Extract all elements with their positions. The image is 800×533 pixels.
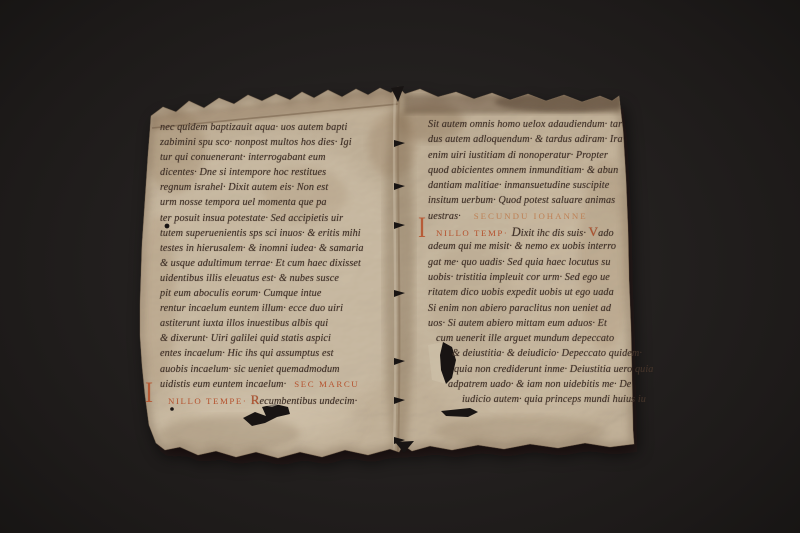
manuscript-text-line: testes in hierusalem· & inomni iudea· & …	[160, 241, 396, 256]
right-red-initial: I	[418, 213, 426, 243]
latin-text: zabimini spu sco· nonpost multos hos die…	[160, 137, 352, 148]
manuscript-text-line: iudicio autem· quia princeps mundi huius…	[428, 392, 626, 407]
manuscript-text-line: tur qui conuenerant· interrogabant eum	[160, 150, 396, 165]
manuscript-text-line: enim uiri iustitiam di nonoperatur· Prop…	[428, 148, 626, 163]
manuscript-text-line: dus autem adloquendum· & tardus adiram· …	[428, 132, 626, 147]
latin-text: uos· Si autem abiero mittam eum aduos· E…	[428, 318, 607, 329]
worm-hole	[170, 407, 174, 411]
latin-text: enim uiri iustitiam di nonoperatur· Prop…	[428, 150, 608, 161]
manuscript-text-line: tutem superuenientis sps sci inuos· & er…	[160, 226, 396, 241]
latin-text: urm nosse tempora uel momenta que pa	[160, 197, 327, 208]
latin-text: ado	[598, 228, 614, 239]
latin-text: tutem superuenientis sps sci inuos· & er…	[160, 228, 361, 239]
manuscript-text-line: ritatem dico uobis expedit uobis ut ego …	[428, 285, 626, 300]
manuscript-text-line: gat me· quo uadis· Sed quia haec locutus…	[428, 255, 626, 270]
latin-text: pit eum aboculis eorum· Cumque intue	[160, 288, 322, 299]
latin-text: & deiustitia· & deiudicio· Depeccato qui…	[452, 348, 642, 359]
manuscript-text-line: entes incaelum· Hic ihs qui assumptus es…	[160, 346, 396, 361]
latin-text: uestras·	[428, 211, 461, 222]
manuscript-text-line: uobis· tristitia impleuit cor urm· Sed e…	[428, 270, 626, 285]
manuscript-text-line: pit eum aboculis eorum· Cumque intue	[160, 286, 396, 301]
latin-text: adpatrem uado· & iam non uidebitis me· D…	[448, 379, 631, 390]
manuscript-text-line: adpatrem uado· & iam non uidebitis me· D…	[428, 377, 626, 392]
manuscript-text-line: insitum uerbum· Quod potest saluare anim…	[428, 193, 626, 208]
manuscript-text-line: Si enim non abiero paraclitus non ueniet…	[428, 301, 626, 316]
manuscript-text-line: & dixerunt· Uiri galilei quid statis asp…	[160, 331, 396, 346]
left-red-initial: I	[145, 378, 153, 408]
latin-text: testes in hierusalem· & inomni iudea· & …	[160, 243, 364, 254]
latin-text: entes incaelum· Hic ihs qui assumptus es…	[160, 348, 334, 359]
manuscript-text-line: dantiam malitiae· inmansuetudine suscipi…	[428, 178, 626, 193]
latin-text: & usque adultimum terrae· Et cum haec di…	[160, 258, 361, 269]
manuscript-text-line: uidentibus illis eleuatus est· & nubes s…	[160, 271, 396, 286]
latin-text: Si enim non abiero paraclitus non ueniet…	[428, 303, 611, 314]
manuscript-text-line: NILLO TEMP· Dixit ihc dis suis· Vado	[428, 224, 626, 239]
manuscript-text-line: dicentes· Dne si intempore hoc restitues	[160, 165, 396, 180]
manuscript-text-line: uos· Si autem abiero mittam eum aduos· E…	[428, 316, 626, 331]
latin-text: astiterunt iuxta illos inuestibus albis …	[160, 318, 328, 329]
latin-text: ecumbentibus undecim·	[260, 396, 358, 407]
latin-text: dantiam malitiae· inmansuetudine suscipi…	[428, 180, 609, 191]
manuscript-text-line: rentur incaelum euntem illum· ecce duo u…	[160, 301, 396, 316]
manuscript-photo: nec quidem baptizauit aqua· uos autem ba…	[0, 0, 800, 533]
manuscript-text-line: Sit autem omnis homo uelox adaudiendum· …	[428, 117, 626, 132]
manuscript-text-line: cum uenerit ille arguet mundum depeccato	[428, 331, 626, 346]
manuscript-text-line: adeum qui me misit· & nemo ex uobis inte…	[428, 239, 626, 254]
rubric-text: V	[589, 224, 599, 239]
latin-text: uidistis eum euntem incaelum·	[160, 379, 286, 390]
rubric-text: R	[247, 392, 259, 407]
rubric-text: SECUNDU IOHANNE	[474, 211, 588, 221]
parchment-graphic	[0, 0, 800, 533]
manuscript-text-line: NILLO TEMPE· Recumbentibus undecim·	[160, 392, 396, 407]
manuscript-text-line: astiterunt iuxta illos inuestibus albis …	[160, 316, 396, 331]
latin-text: uidentibus illis eleuatus est· & nubes s…	[160, 273, 339, 284]
latin-text: rentur incaelum euntem illum· ecce duo u…	[160, 303, 343, 314]
manuscript-text-line: ter posuit insua potestate· Sed accipiet…	[160, 211, 396, 226]
manuscript-text-line: uidistis eum euntem incaelum·SEC MARCU	[160, 377, 396, 392]
latin-text: cum uenerit ille arguet mundum depeccato	[436, 333, 614, 344]
manuscript-text-line: quod abicientes omnem inmunditiam· & abu…	[428, 163, 626, 178]
latin-text: dicentes· Dne si intempore hoc restitues	[160, 167, 326, 178]
latin-text: ixit ihc dis suis·	[521, 228, 589, 239]
left-page-text: nec quidem baptizauit aqua· uos autem ba…	[160, 120, 396, 407]
manuscript-text-line: urm nosse tempora uel momenta que pa	[160, 195, 396, 210]
right-page-text: Sit autem omnis homo uelox adaudiendum· …	[428, 117, 626, 408]
manuscript-text-line: regnum israhel· Dixit autem eis· Non est	[160, 180, 396, 195]
manuscript-text-line: zabimini spu sco· nonpost multos hos die…	[160, 135, 396, 150]
latin-text: quia non crediderunt inme· Deiustitia ue…	[454, 364, 653, 375]
latin-text: insitum uerbum· Quod potest saluare anim…	[428, 195, 615, 206]
latin-text: tur qui conuenerant· interrogabant eum	[160, 152, 326, 163]
manuscript-text-line: quia non crediderunt inme· Deiustitia ue…	[428, 362, 626, 377]
latin-text: nec quidem baptizauit aqua· uos autem ba…	[160, 122, 347, 133]
manuscript-text-line: auobis incaelum· sic ueniet quemadmodum	[160, 362, 396, 377]
latin-text: regnum israhel· Dixit autem eis· Non est	[160, 182, 328, 193]
latin-text: adeum qui me misit· & nemo ex uobis inte…	[428, 241, 616, 252]
latin-text: gat me· quo uadis· Sed quia haec locutus…	[428, 257, 611, 268]
manuscript-text-line: & deiustitia· & deiudicio· Depeccato qui…	[428, 346, 626, 361]
latin-text: & dixerunt· Uiri galilei quid statis asp…	[160, 333, 331, 344]
rubric-text: NILLO TEMP·	[436, 228, 508, 238]
latin-text: auobis incaelum· sic ueniet quemadmodum	[160, 364, 340, 375]
latin-text: iudicio autem· quia princeps mundi huius…	[462, 394, 646, 405]
latin-text: Sit autem omnis homo uelox adaudiendum· …	[428, 119, 622, 130]
latin-text: ritatem dico uobis expedit uobis ut ego …	[428, 287, 614, 298]
manuscript-text-line: uestras·SECUNDU IOHANNE	[428, 209, 626, 224]
latin-text: uobis· tristitia impleuit cor urm· Sed e…	[428, 272, 610, 283]
manuscript-text-line: nec quidem baptizauit aqua· uos autem ba…	[160, 120, 396, 135]
latin-text: dus autem adloquendum· & tardus adiram· …	[428, 134, 623, 145]
manuscript-text-line: & usque adultimum terrae· Et cum haec di…	[160, 256, 396, 271]
latin-text: ter posuit insua potestate· Sed accipiet…	[160, 213, 343, 224]
rubric-text: NILLO TEMPE·	[168, 396, 247, 406]
rubric-text: SEC MARCU	[294, 379, 359, 389]
latin-text: D	[508, 225, 520, 239]
latin-text: quod abicientes omnem inmunditiam· & abu…	[428, 165, 618, 176]
